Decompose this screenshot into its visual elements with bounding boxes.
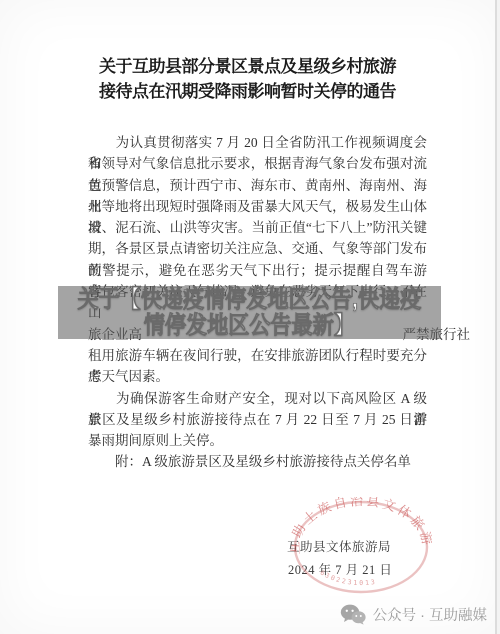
body-line: 为认真贯彻落实 7 月 20 日全省防汛工作视频调度会和 — [88, 132, 427, 153]
watermark-banner: 关于【快递疫情停发地区公告,快递疫 情停发地区公告最新】 — [58, 286, 441, 339]
official-seal-stamp: 互助土族自治县文体旅游局 6302231013 — [290, 497, 432, 597]
wechat-icon — [340, 604, 366, 625]
title-line-1: 关于互助县部分景区景点及星级乡村旅游 — [0, 54, 495, 79]
banner-text: 关于【快递疫情停发地区公告,快递疫 情停发地区公告最新】 — [78, 287, 422, 339]
banner-line-1: 关于【快递疫情停发地区公告,快递疫 — [78, 287, 422, 313]
body-line: 预警提示，避免在恶劣天气下出行；提示提醒自驾车游客、 — [88, 260, 427, 281]
body-line: 省领导对气象信息批示要求，根据青海气象台发布强对流黄 — [88, 153, 427, 174]
body-line: 州等地将出现短时强降雨及雷暴大风天气，极易发生山体滑 — [88, 196, 427, 217]
body-line: 色预警信息，预计西宁市、海东市、黄南州、海南州、海北 — [88, 175, 427, 196]
body-line: 坡、泥石流、山洪等灾害。当前正值“七下八上”防汛关键 — [88, 217, 427, 238]
body-line: 虑天气因素。 — [88, 366, 427, 387]
seal-ring-text: 互助土族自治县文体旅游局 — [290, 497, 432, 555]
body-line: 租用旅游车辆在夜间行驶，在安排旅游团队行程时要充分考 — [88, 345, 427, 366]
footer-credit: 公众号 · 互助融媒 — [340, 602, 487, 626]
body-line: 为确保游客生命财产安全，现对以下高风险区 A 级旅游 — [88, 388, 427, 409]
body-line: 期，各景区景点请密切关注应急、交通、气象等部门发布的 — [88, 238, 427, 259]
footer-label: 公众号 · 互助融媒 — [373, 604, 487, 625]
title-line-2: 接待点在汛期受降雨影响暂时关停的通告 — [0, 79, 495, 104]
body-line: 附：A 级旅游景区及星级乡村旅游接待点关停名单 — [88, 451, 427, 472]
notice-photo: 关于互助县部分景区景点及星级乡村旅游 接待点在汛期受降雨影响暂时关停的通告 为认… — [0, 0, 500, 634]
body-line: 景区及星级乡村旅游接待点在 7 月 22 日至 7 月 25 日雷 — [88, 409, 427, 430]
banner-line-2: 情停发地区公告最新】 — [78, 313, 422, 339]
notice-title: 关于互助县部分景区景点及星级乡村旅游 接待点在汛期受降雨影响暂时关停的通告 — [0, 54, 495, 104]
seal-serial-text: 6302231013 — [319, 569, 378, 587]
body-line: 暴雨期间原则上关停。 — [88, 430, 427, 451]
photo-right-edge — [495, 0, 500, 634]
